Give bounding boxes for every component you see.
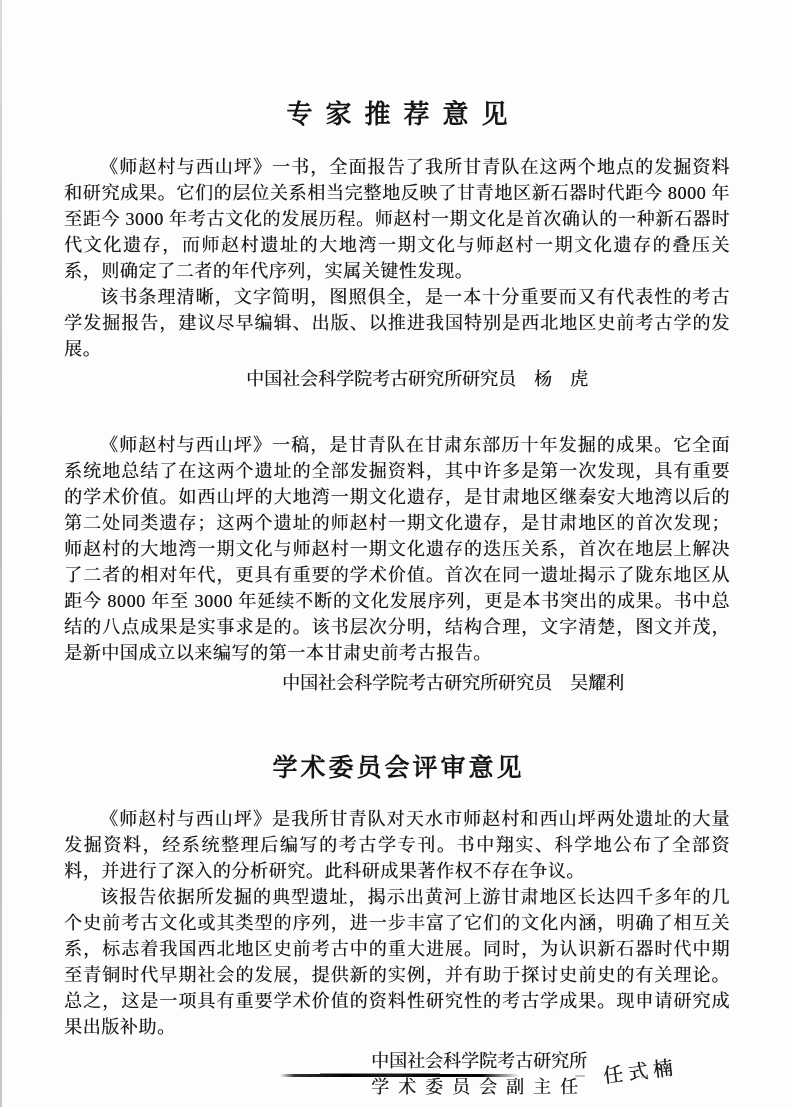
review-wu-yaoli: 《师赵村与西山坪》一稿，是甘青队在甘肃东部历十年发掘的成果。它全面系统地总结了在… (64, 432, 730, 696)
page-content: 专家推荐意见 《师赵村与西山坪》一书，全面报告了我所甘青队在这两个地点的发掘资料… (64, 0, 730, 1100)
scan-speck (575, 1075, 585, 1077)
scan-left-edge-artifact (0, 0, 2, 1107)
scan-bottom-edge-artifact (280, 1074, 520, 1077)
handwritten-signature-ren-shinan: 任式楠 (601, 1050, 679, 1088)
review-paragraph: 该书条理清晰，文字简明，图照俱全，是一本十分重要而又有代表性的考古学发掘报告，建… (64, 284, 730, 362)
review-paragraph: 《师赵村与西山坪》是我所甘青队对天水市师赵村和西山坪两处遗址的大量发掘资料，经系… (64, 806, 730, 884)
section-title-expert-recommendations: 专家推荐意见 (64, 96, 730, 132)
review-yang-hu: 《师赵村与西山坪》一书，全面报告了我所甘青队在这两个地点的发掘资料和研究成果。它… (64, 154, 730, 392)
review-paragraph: 《师赵村与西山坪》一书，全面报告了我所甘青队在这两个地点的发掘资料和研究成果。它… (64, 154, 730, 284)
signature-yang-hu: 中国社会科学院考古研究所研究员 杨 虎 (64, 366, 730, 392)
scanned-document-page: 专家推荐意见 《师赵村与西山坪》一书，全面报告了我所甘青队在这两个地点的发掘资料… (0, 0, 792, 1107)
review-paragraph: 该报告依据所发掘的典型遗址，揭示出黄河上游甘肃地区长达四千多年的几个史前考古文化… (64, 884, 730, 1040)
committee-review: 《师赵村与西山坪》是我所甘青队对天水市师赵村和西山坪两处遗址的大量发掘资料，经系… (64, 806, 730, 1100)
section-title-committee-review: 学术委员会评审意见 (64, 750, 730, 786)
scan-speck (641, 1076, 648, 1078)
signature-wu-yaoli: 中国社会科学院考古研究所研究员 吴耀利 (64, 670, 730, 696)
signature-role: 学术委员会副主任 (371, 1074, 587, 1100)
review-paragraph: 《师赵村与西山坪》一稿，是甘青队在甘肃东部历十年发掘的成果。它全面系统地总结了在… (64, 432, 730, 666)
signature-org: 中国社会科学院考古研究所 (371, 1048, 587, 1074)
